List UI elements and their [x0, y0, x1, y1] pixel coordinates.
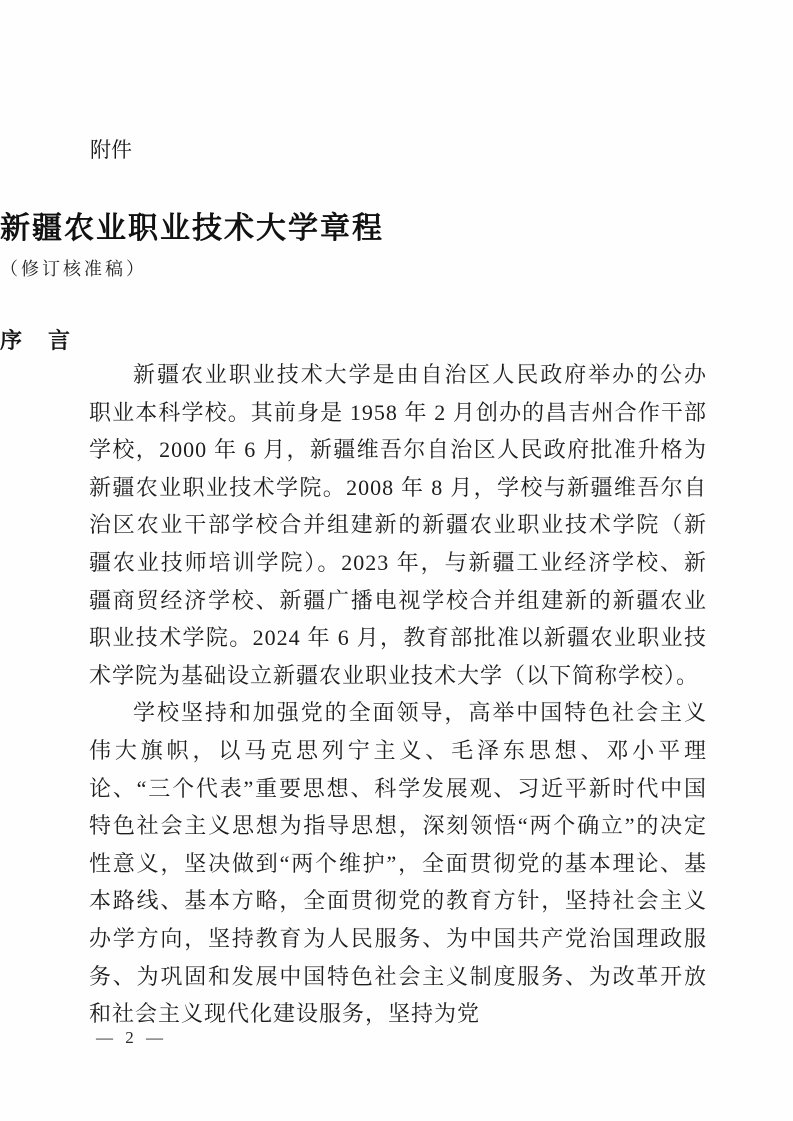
attachment-label: 附件: [90, 139, 132, 163]
document-body: 新疆农业职业技术大学是由自治区人民政府举办的公办职业本科学校。其前身是 1958…: [89, 356, 707, 1033]
page-number: — 2 —: [96, 1028, 167, 1048]
document-subtitle: （修订核准稿）: [0, 255, 793, 281]
body-paragraph-1: 新疆农业职业技术大学是由自治区人民政府举办的公办职业本科学校。其前身是 1958…: [89, 356, 707, 694]
preface-heading: 序 言: [0, 324, 793, 355]
document-page: 附件 新疆农业职业技术大学章程 （修订核准稿） 序 言 新疆农业职业技术大学是由…: [0, 0, 793, 1121]
document-title: 新疆农业职业技术大学章程: [0, 203, 793, 247]
body-paragraph-2: 学校坚持和加强党的全面领导，高举中国特色社会主义伟大旗帜，以马克思列宁主义、毛泽…: [89, 694, 707, 1032]
